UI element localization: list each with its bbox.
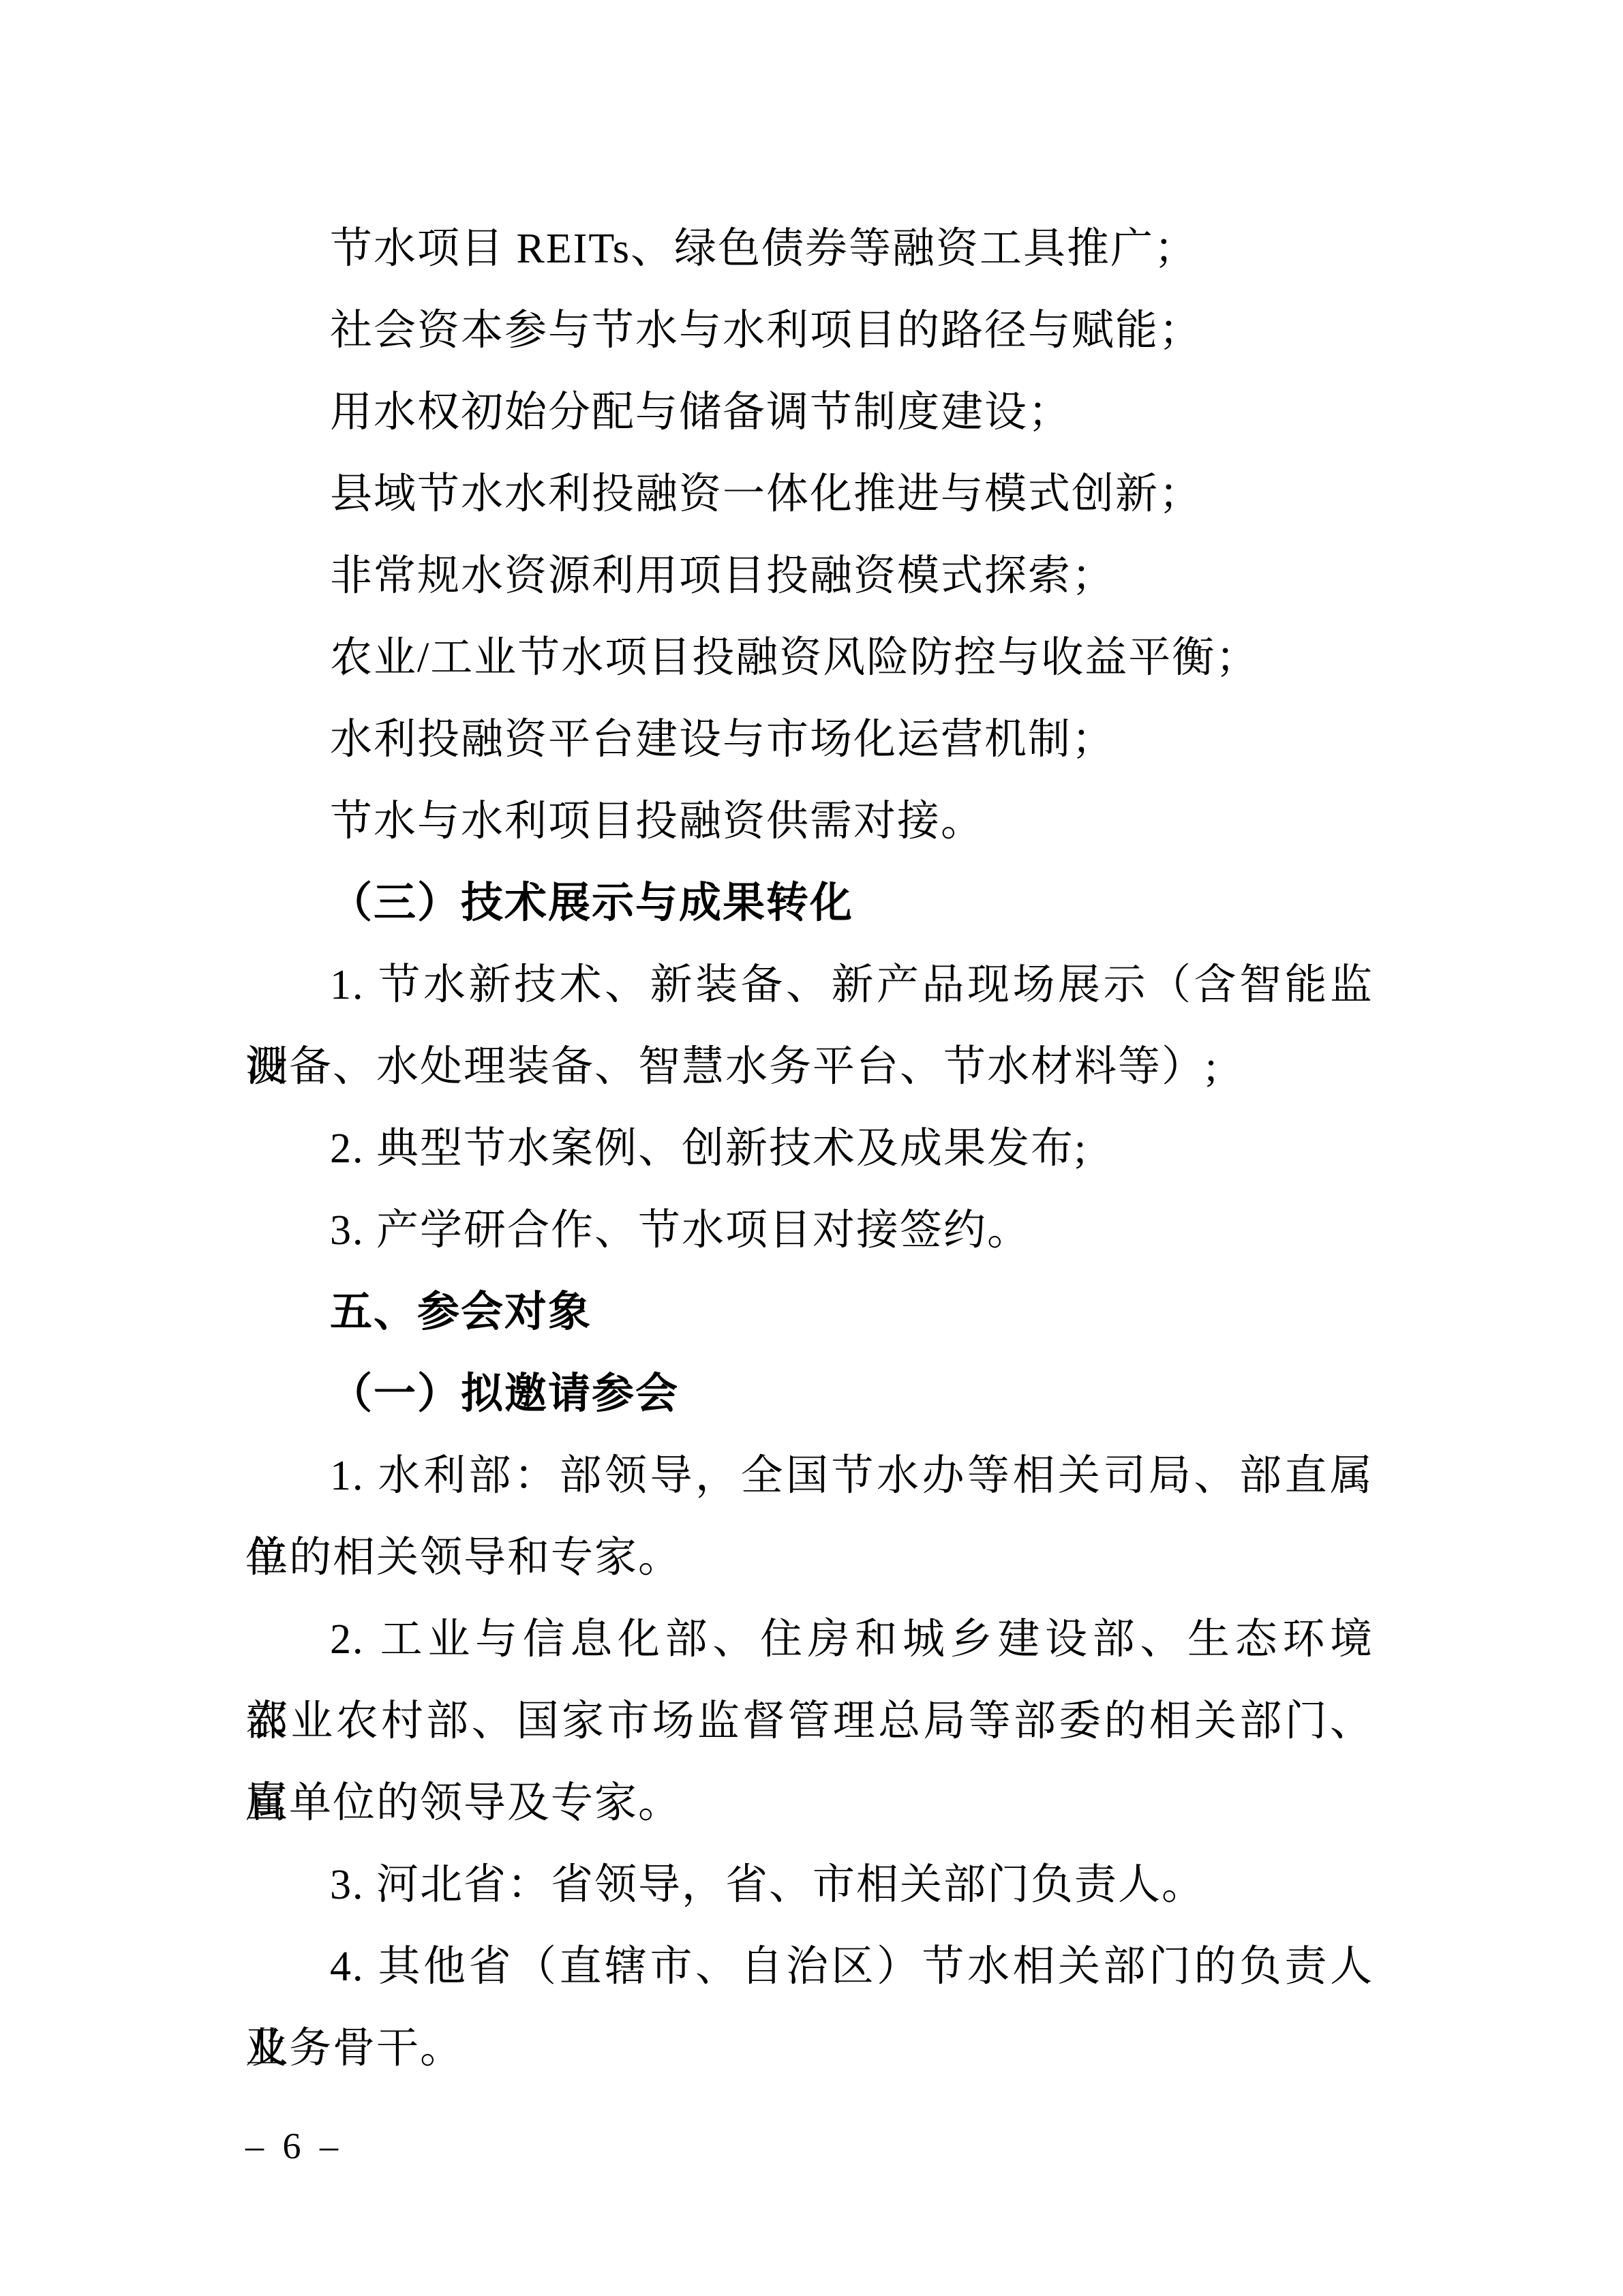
text-line: 位的相关领导和专家。: [245, 1517, 1374, 1599]
text-line: 4. 其他省（直辖市、自治区）节水相关部门的负责人及: [245, 1926, 1374, 2008]
text-line: 2. 典型节水案例、创新技术及成果发布;: [245, 1108, 1374, 1190]
text-line: 设备、水处理装备、智慧水务平台、节水材料等）;: [245, 1026, 1374, 1108]
text-line: 节水与水利项目投融资供需对接。: [245, 781, 1374, 862]
text-line: 节水项目 REITs、绿色债券等融资工具推广；: [245, 208, 1374, 290]
section-heading: （一）拟邀请参会: [245, 1353, 1374, 1435]
section-heading: 五、参会对象: [245, 1271, 1374, 1353]
text-line: 3. 河北省：省领导，省、市相关部门负责人。: [245, 1844, 1374, 1926]
text-line: 业务骨干。: [245, 2008, 1374, 2089]
section-heading: （三）技术展示与成果转化: [245, 862, 1374, 944]
text-line: 县域节水水利投融资一体化推进与模式创新；: [245, 453, 1374, 535]
text-line: 非常规水资源利用项目投融资模式探索；: [245, 535, 1374, 617]
text-line: 3. 产学研合作、节水项目对接签约。: [245, 1190, 1374, 1271]
text-line: 用水权初始分配与储备调节制度建设；: [245, 372, 1374, 453]
page-number: – 6 –: [245, 2126, 338, 2166]
text-line: 社会资本参与节水与水利项目的路径与赋能；: [245, 290, 1374, 372]
document-body: 节水项目 REITs、绿色债券等融资工具推广；社会资本参与节水与水利项目的路径与…: [245, 208, 1374, 2089]
document-page: 节水项目 REITs、绿色债券等融资工具推广；社会资本参与节水与水利项目的路径与…: [0, 0, 1623, 2296]
text-line: 2. 工业与信息化部、住房和城乡建设部、生态环境部、: [245, 1599, 1374, 1680]
text-line: 水利投融资平台建设与市场化运营机制；: [245, 699, 1374, 781]
text-line: 1. 节水新技术、新装备、新产品现场展示（含智能监测: [245, 944, 1374, 1026]
text-line: 农业农村部、国家市场监督管理总局等部委的相关部门、直: [245, 1680, 1374, 1762]
text-line: 属单位的领导及专家。: [245, 1762, 1374, 1844]
text-line: 1. 水利部：部领导，全国节水办等相关司局、部直属单: [245, 1435, 1374, 1517]
text-line: 农业/工业节水项目投融资风险防控与收益平衡；: [245, 617, 1374, 699]
